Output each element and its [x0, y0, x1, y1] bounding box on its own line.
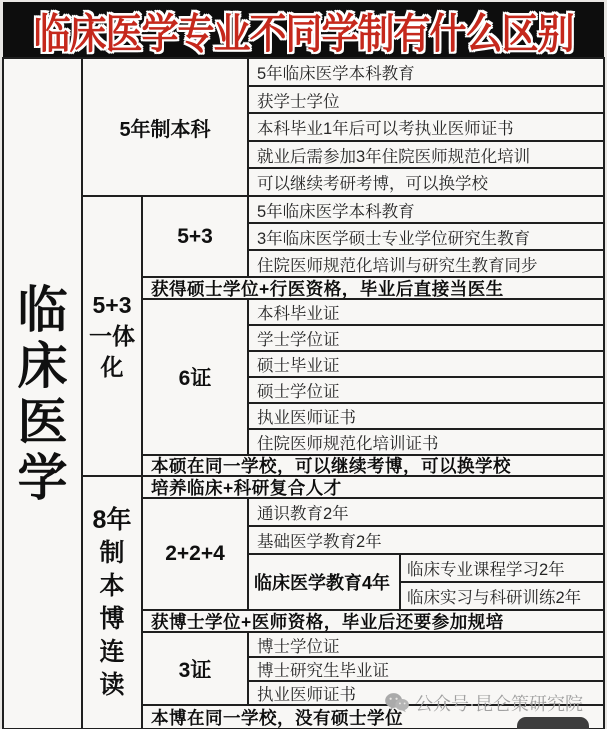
table-row: 5年临床医学本科教育	[248, 58, 604, 86]
section-label-5plus3-integrated: 5+3 一体 化	[82, 196, 142, 476]
category-char: 床	[18, 338, 68, 394]
cert-row: 执业医师证书	[248, 403, 604, 429]
section-label-line: 博	[99, 603, 124, 636]
table-row: 获学士学位	[248, 86, 604, 113]
table-row: 住院医师规范化培训与研究生教育同步	[248, 250, 604, 277]
section-label-line: 读	[99, 669, 124, 702]
cert-row: 硕士学位证	[248, 377, 604, 403]
table-row: 临床实习与科研训练2年	[400, 582, 604, 610]
section-label-line: 连	[99, 636, 124, 669]
table-row: 通识教育2年	[248, 498, 604, 526]
watermark: 公众号·昆仑策研究院	[384, 690, 583, 716]
watermark-text: 公众号·昆仑策研究院	[415, 690, 583, 716]
cert-row: 博士研究生毕业证	[248, 657, 604, 681]
table-row: 3年临床医学硕士专业学位研究生教育	[248, 223, 604, 250]
phase-label-5plus3: 5+3	[142, 196, 248, 277]
table-row: 临床专业课程学习2年	[400, 554, 604, 582]
highlight-row-school-note: 本硕在同一学校，可以继续考博，可以换学校	[142, 455, 604, 476]
table-row: 可以继续考研考博，可以换学校	[248, 168, 604, 196]
section-label-line: 本	[99, 570, 124, 603]
table-row: 就业后需参加3年住院医师规范化培训	[248, 141, 604, 168]
category-char: 医	[18, 394, 68, 450]
table-row: 5年临床医学本科教育	[248, 196, 604, 223]
section-label-line: 制	[99, 537, 124, 570]
section-label-line: 5+3	[92, 290, 131, 321]
certs-label-6: 6证	[142, 299, 248, 455]
section-label-line: 化	[101, 352, 124, 383]
cert-row: 博士学位证	[248, 632, 604, 657]
cert-row: 住院医师规范化培训证书	[248, 429, 604, 455]
category-label-clinical-medicine: 临 床 医 学	[3, 58, 82, 729]
section-label-line: 8年	[93, 504, 132, 537]
cert-row: 硕士毕业证	[248, 351, 604, 377]
title-banner: 临床医学专业不同学制有什么区别	[3, 2, 604, 57]
category-char: 临	[18, 282, 68, 338]
highlight-row-phd-outcome: 获博士学位+医师资格，毕业后还要参加规培	[142, 610, 604, 632]
category-char: 学	[18, 450, 68, 506]
highlight-row-training-goal: 培养临床+科研复合人才	[142, 476, 604, 498]
cert-row: 本科毕业证	[248, 299, 604, 325]
group-label-clinical-education-4yr: 临床医学教育4年	[248, 554, 400, 610]
section-label-5yr-bachelor: 5年制本科	[82, 58, 248, 196]
cert-row: 学士学位证	[248, 325, 604, 351]
certs-label-3: 3证	[142, 632, 248, 705]
section-label-8yr-md-phd: 8年 制 本 博 连 读	[82, 476, 142, 729]
wechat-icon	[384, 692, 410, 714]
section-label-line: 一体	[89, 321, 135, 352]
program-comparison-table: 临 床 医 学 5年制本科 5年临床医学本科教育 获学士学位 本科毕业1年后可以…	[2, 57, 605, 729]
highlight-row-master-outcome: 获得硕士学位+行医资格，毕业后直接当医生	[142, 277, 604, 299]
logo-tab	[517, 717, 589, 729]
page-title: 临床医学专业不同学制有什么区别	[34, 0, 574, 60]
table-row: 基础医学教育2年	[248, 526, 604, 554]
phase-label-2plus2plus4: 2+2+4	[142, 498, 248, 610]
table-row: 本科毕业1年后可以考执业医师证书	[248, 113, 604, 141]
